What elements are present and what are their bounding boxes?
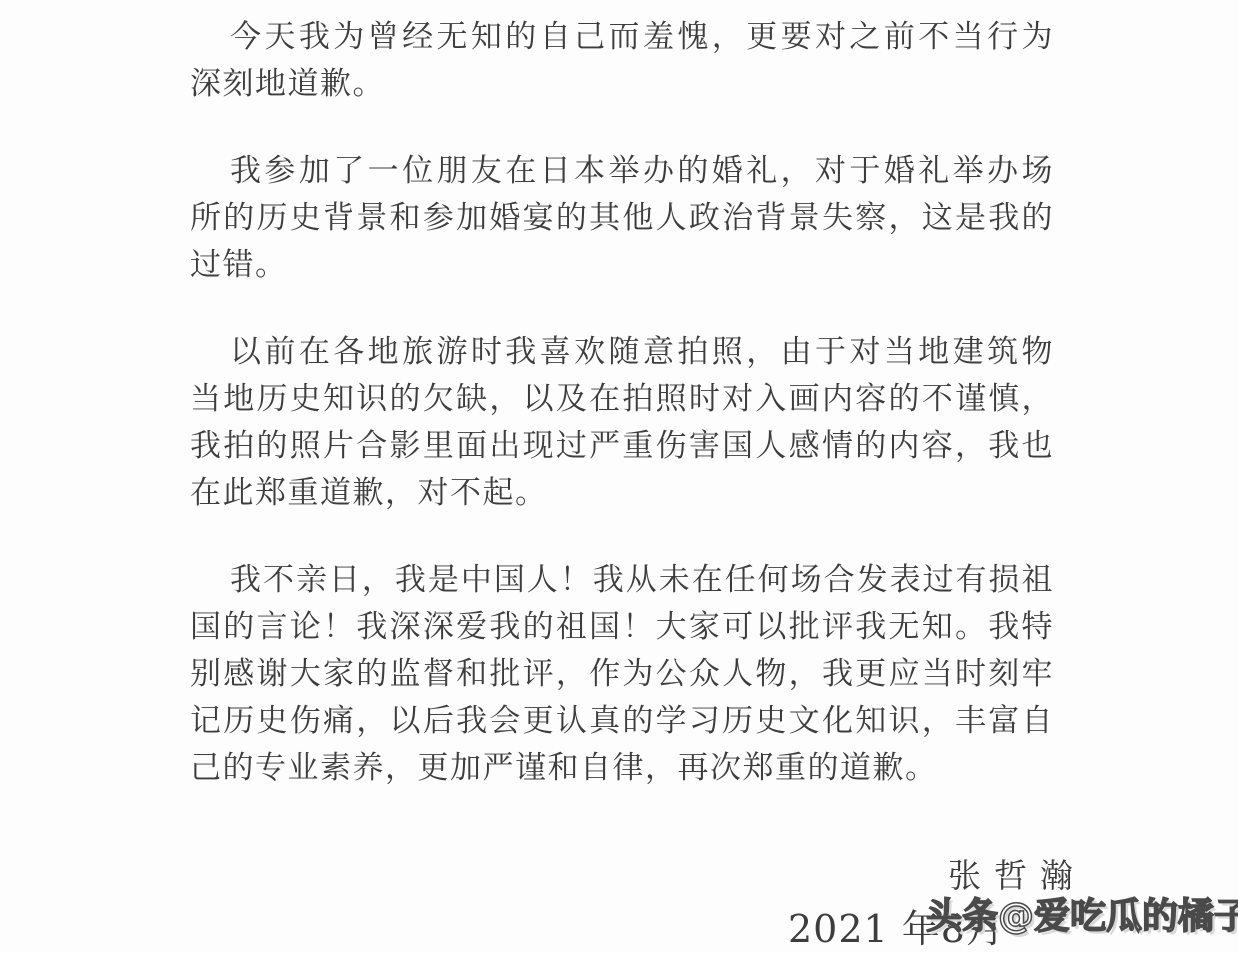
paragraph-1: 今天我为曾经无知的自己而羞愧，更要对之前不当行为深刻地道歉。 [190,14,1054,108]
text-line: 我参加了一位朋友在日本举办的婚礼，对于婚礼举办场 [190,148,1054,195]
text-line: 深刻地道歉。 [190,61,1054,108]
paragraph-3: 以前在各地旅游时我喜欢随意拍照，由于对当地建筑物当地历史知识的欠缺，以及在拍照时… [190,329,1054,517]
paragraph-4: 我不亲日，我是中国人！我从未在任何场合发表过有损祖国的言论！我深深爱我的祖国！大… [190,557,1054,792]
text-line: 我拍的照片合影里面出现过严重伤害国人感情的内容，我也 [190,423,1054,470]
text-line: 国的言论！我深深爱我的祖国！大家可以批评我无知。我特 [190,604,1054,651]
text-line: 今天我为曾经无知的自己而羞愧，更要对之前不当行为 [190,14,1054,61]
text-line: 当地历史知识的欠缺，以及在拍照时对入画内容的不谨慎， [190,376,1054,423]
letter-body: 今天我为曾经无知的自己而羞愧，更要对之前不当行为深刻地道歉。我参加了一位朋友在日… [190,14,1054,832]
text-line: 己的专业素养，更加严谨和自律，再次郑重的道歉。 [190,745,1054,792]
text-line: 别感谢大家的监督和批评，作为公众人物，我更应当时刻牢 [190,651,1054,698]
paragraph-2: 我参加了一位朋友在日本举办的婚礼，对于婚礼举办场所的历史背景和参加婚宴的其他人政… [190,148,1054,289]
text-line: 以前在各地旅游时我喜欢随意拍照，由于对当地建筑物 [190,329,1054,376]
text-line: 我不亲日，我是中国人！我从未在任何场合发表过有损祖 [190,557,1054,604]
toutiao-watermark: 头条@爱吃瓜的橘子君 [926,888,1238,939]
text-line: 过错。 [190,242,1054,289]
text-line: 所的历史背景和参加婚宴的其他人政治背景失察，这是我的 [190,195,1054,242]
text-line: 记历史伤痛，以后我会更认真的学习历史文化知识，丰富自 [190,698,1054,745]
text-line: 在此郑重道歉，对不起。 [190,470,1054,517]
apology-letter-page: 今天我为曾经无知的自己而羞愧，更要对之前不当行为深刻地道歉。我参加了一位朋友在日… [0,0,1238,953]
